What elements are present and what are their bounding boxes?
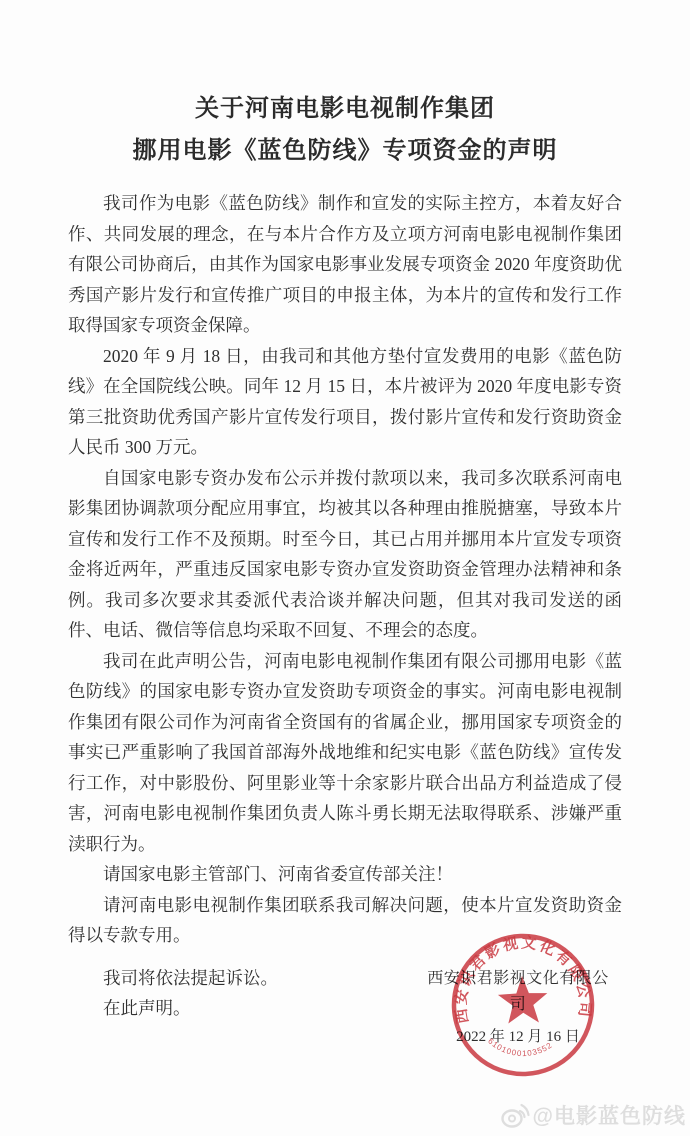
paragraph-1: 我司作为电影《蓝色防线》制作和宣发的实际主控方，本着友好合作、共同发展的理念，在…: [68, 188, 622, 341]
document-title-line2: 挪用电影《蓝色防线》专项资金的声明: [0, 130, 690, 172]
paragraph-3: 自国家电影专资办发布公示并拨付款项以来，我司多次联系河南电影集团协调款项分配应用…: [68, 463, 622, 646]
weibo-icon: [500, 1101, 530, 1129]
paragraph-2: 2020 年 9 月 18 日，由我司和其他方垫付宣发费用的电影《蓝色防线》在全…: [68, 341, 622, 463]
document-title-line1: 关于河南电影电视制作集团: [0, 88, 690, 130]
weibo-watermark: @电影蓝色防线: [500, 1100, 686, 1130]
document-title: 关于河南电影电视制作集团 挪用电影《蓝色防线》专项资金的声明: [0, 0, 690, 172]
watermark-handle: @电影蓝色防线: [533, 1100, 686, 1130]
seal-star: [497, 975, 548, 1024]
document-body: 我司作为电影《蓝色防线》制作和宣发的实际主控方，本着友好合作、共同发展的理念，在…: [68, 188, 622, 1024]
company-seal: 西安识君影视文化有限公司 6101000103552: [446, 928, 599, 1081]
seal-number: 6101000103552: [485, 1036, 554, 1060]
paragraph-5: 请国家电影主管部门、河南省委宣传部关注！: [68, 859, 622, 890]
svg-text:6101000103552: 6101000103552: [485, 1036, 554, 1060]
paragraph-4: 我司在此声明公告，河南电影电视制作集团有限公司挪用电影《蓝色防线》的国家电影专资…: [68, 646, 622, 860]
document-page: 关于河南电影电视制作集团 挪用电影《蓝色防线》专项资金的声明 我司作为电影《蓝色…: [0, 0, 690, 1136]
